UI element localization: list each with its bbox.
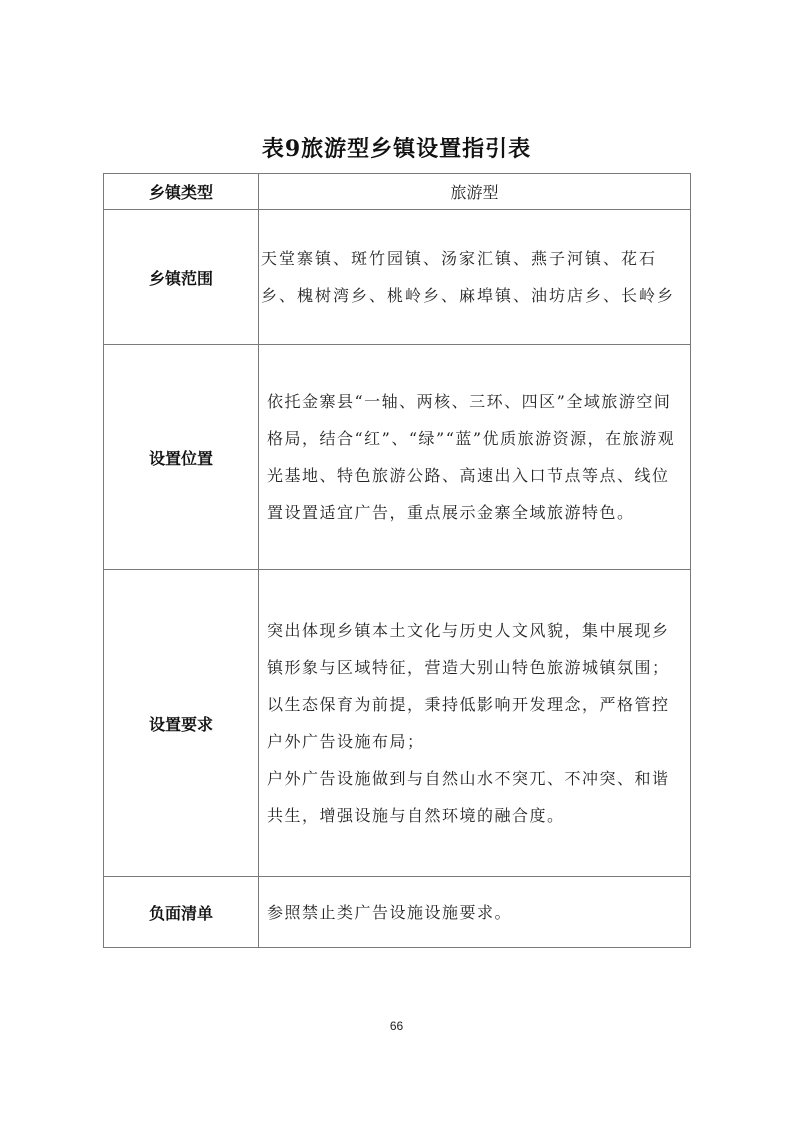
header-value: 旅游型 — [259, 174, 691, 210]
row-label-scope: 乡镇范围 — [104, 210, 259, 345]
table-header-row: 乡镇类型 旅游型 — [104, 174, 691, 210]
scope-text: 天堂寨镇、斑竹园镇、汤家汇镇、燕子河镇、花石乡、槐树湾乡、桃岭乡、麻埠镇、油坊店… — [261, 240, 684, 314]
table-title: 表9旅游型乡镇设置指引表 — [0, 132, 793, 163]
row-content-negative-list: 参照禁止类广告设施设施要求。 — [259, 877, 691, 948]
requirement-item: 户外广告设施做到与自然山水不突兀、不冲突、和谐共生，增强设施与自然环境的融合度。 — [267, 760, 684, 834]
requirement-item: 以生态保育为前提，秉持低影响开发理念，严格管控户外广告设施布局； — [267, 686, 684, 760]
requirement-item: 突出体现乡镇本土文化与历史人文风貌，集中展现乡镇形象与区域特征，营造大别山特色旅… — [267, 612, 684, 686]
row-content-requirements: 突出体现乡镇本土文化与历史人文风貌，集中展现乡镇形象与区域特征，营造大别山特色旅… — [259, 570, 691, 877]
header-label: 乡镇类型 — [104, 174, 259, 210]
negative-list-text: 参照禁止类广告设施设施要求。 — [267, 894, 684, 931]
table-row: 乡镇范围 天堂寨镇、斑竹园镇、汤家汇镇、燕子河镇、花石乡、槐树湾乡、桃岭乡、麻埠… — [104, 210, 691, 345]
row-label-location: 设置位置 — [104, 345, 259, 570]
table-row: 设置位置 依托金寨县“一轴、两核、三环、四区”全域旅游空间格局，结合“红”、“绿… — [104, 345, 691, 570]
row-label-negative-list: 负面清单 — [104, 877, 259, 948]
table-row: 设置要求 突出体现乡镇本土文化与历史人文风貌，集中展现乡镇形象与区域特征，营造大… — [104, 570, 691, 877]
row-label-requirements: 设置要求 — [104, 570, 259, 877]
page-number: 66 — [0, 1019, 793, 1033]
table-row: 负面清单 参照禁止类广告设施设施要求。 — [104, 877, 691, 948]
location-text: 依托金寨县“一轴、两核、三环、四区”全域旅游空间格局，结合“红”、“绿”“蓝”优… — [267, 383, 684, 531]
row-content-scope: 天堂寨镇、斑竹园镇、汤家汇镇、燕子河镇、花石乡、槐树湾乡、桃岭乡、麻埠镇、油坊店… — [259, 210, 691, 345]
guide-table: 乡镇类型 旅游型 乡镇范围 天堂寨镇、斑竹园镇、汤家汇镇、燕子河镇、花石乡、槐树… — [103, 173, 691, 948]
row-content-location: 依托金寨县“一轴、两核、三环、四区”全域旅游空间格局，结合“红”、“绿”“蓝”优… — [259, 345, 691, 570]
